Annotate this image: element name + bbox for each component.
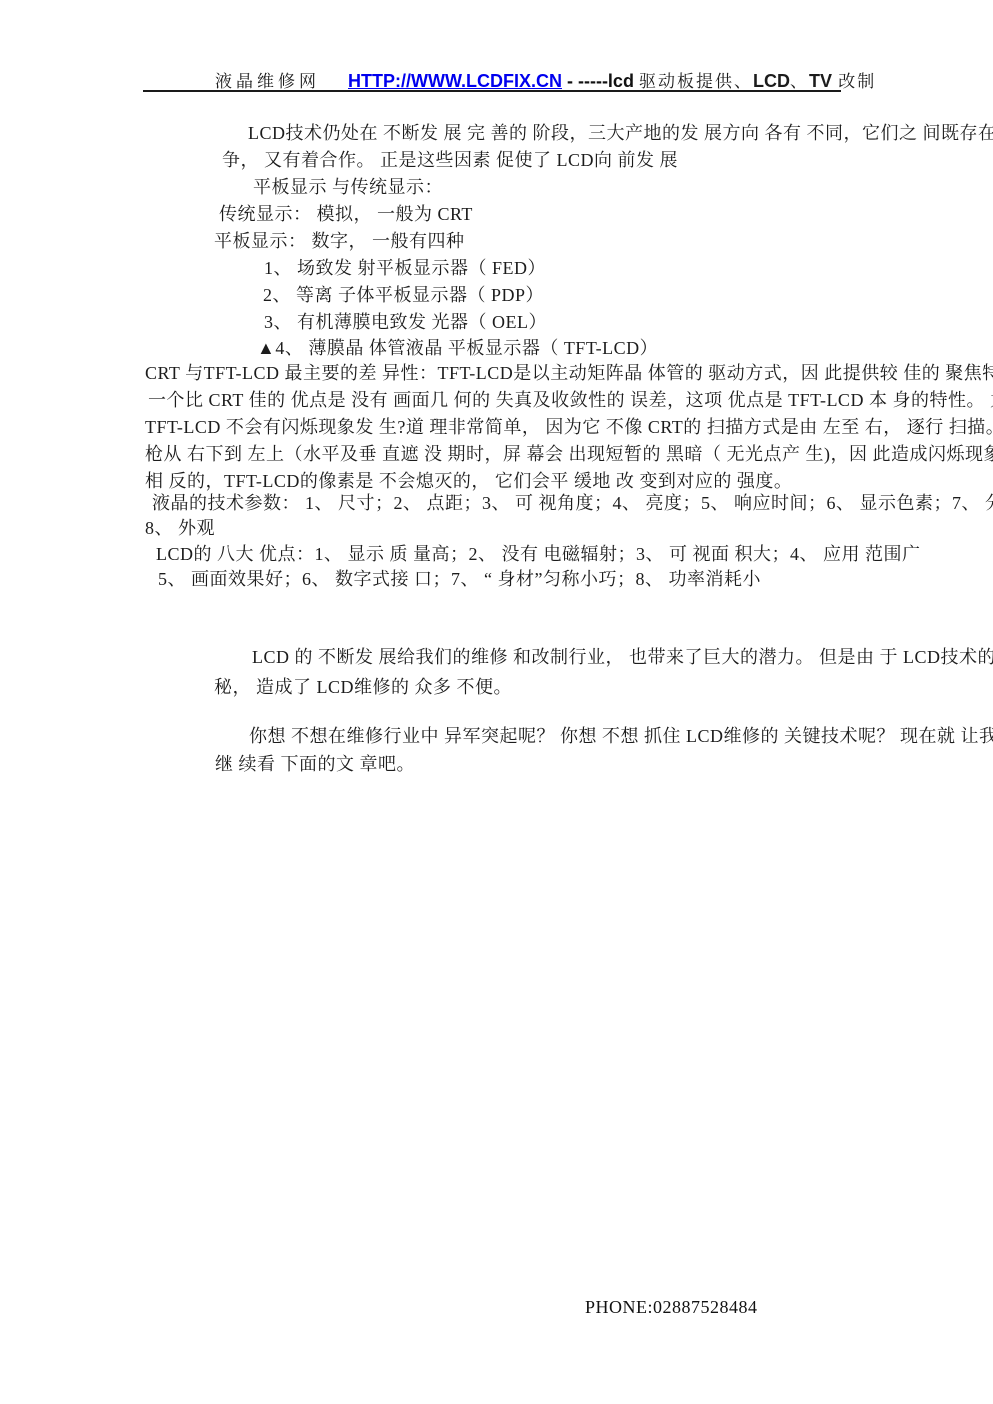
body-line: 传统显示： 模拟， 一般为 CRT xyxy=(219,203,473,225)
body-line: 继 续看 下面的文 章吧。 xyxy=(215,753,415,775)
page-header: 液晶维修网HTTP://WWW.LCDFIX.CN - -----lcd 驱动板… xyxy=(215,67,855,92)
list-item-oel: 3、 有机薄膜电致发 光器（ OEL） xyxy=(264,311,547,333)
body-line: 8、 外观 xyxy=(145,517,215,539)
body-line: LCD的 八大 优点：1、 显示 质 量高；2、 没有 电磁辐射；3、 可 视面… xyxy=(156,543,921,565)
list-item-pdp: 2、 等离 子体平板显示器（ PDP） xyxy=(263,284,544,306)
body-line: 秘， 造成了 LCD维修的 众多 不便。 xyxy=(214,676,512,698)
document-page: 液晶维修网HTTP://WWW.LCDFIX.CN - -----lcd 驱动板… xyxy=(0,0,993,1404)
body-line: 一个比 CRT 佳的 优点是 没有 画面几 何的 失真及收敛性的 误差，这项 优… xyxy=(148,389,993,411)
header-text-convert: 改制 xyxy=(832,72,876,91)
body-line: 你想 不想在维修行业中 异军突起呢？ 你想 不想 抓住 LCD维修的 关键技术呢… xyxy=(249,725,993,747)
body-line: 争， 又有着合作。 正是这些因素 促使了 LCD向 前发 展 xyxy=(222,149,678,171)
site-name: 液晶维修网 xyxy=(215,72,320,91)
body-line: LCD 的 不断发 展给我们的维修 和改制行业， 也带来了巨大的潜力。 但是由 … xyxy=(252,646,993,668)
body-line: 相 反的，TFT-LCD的像素是 不会熄灭的， 它们会平 缓地 改 变到对应的 … xyxy=(145,470,792,492)
body-line: 5、 画面效果好；6、 数字式接 口；7、 “ 身材”匀称小巧；8、 功率消耗小 xyxy=(158,568,761,590)
site-url-link[interactable]: HTTP://WWW.LCDFIX.CN xyxy=(348,71,562,91)
phone-number: PHONE:02887528484 xyxy=(585,1297,758,1318)
body-line: 液晶的技术参数： 1、 尺寸；2、 点距；3、 可 视角度；4、 亮度；5、 响… xyxy=(152,492,993,514)
header-text-provide: 驱动板提供、 xyxy=(639,72,753,91)
list-item-fed: 1、 场致发 射平板显示器（ FED） xyxy=(264,257,546,279)
body-line: 枪从 右下到 左上（水平及垂 直遮 没 期时，屏 幕会 出现短暂的 黑暗（ 无光… xyxy=(145,443,993,465)
body-line: CRT 与TFT-LCD 最主要的差 异性：TFT-LCD是以主动矩阵晶 体管的… xyxy=(145,362,993,384)
list-item-tft-lcd: ▲4、 薄膜晶 体管液晶 平板显示器（ TFT-LCD） xyxy=(257,337,658,359)
body-line: LCD技术仍处在 不断发 展 完 善的 阶段，三大产地的发 展方向 各有 不同，… xyxy=(248,122,993,144)
body-line: 平板显示： 数字， 一般有四种 xyxy=(214,230,465,252)
header-dunhao: 、 xyxy=(790,72,809,91)
body-line: 平板显示 与传统显示： xyxy=(253,176,443,198)
body-line: TFT-LCD 不会有闪烁现象发 生?道 理非常简单， 因为它 不像 CRT的 … xyxy=(145,416,993,438)
header-brand-lcd: LCD xyxy=(753,71,790,91)
header-dash-text: - -----lcd xyxy=(562,71,639,91)
header-brand-tv: TV xyxy=(809,71,832,91)
header-separator-line xyxy=(143,90,841,92)
